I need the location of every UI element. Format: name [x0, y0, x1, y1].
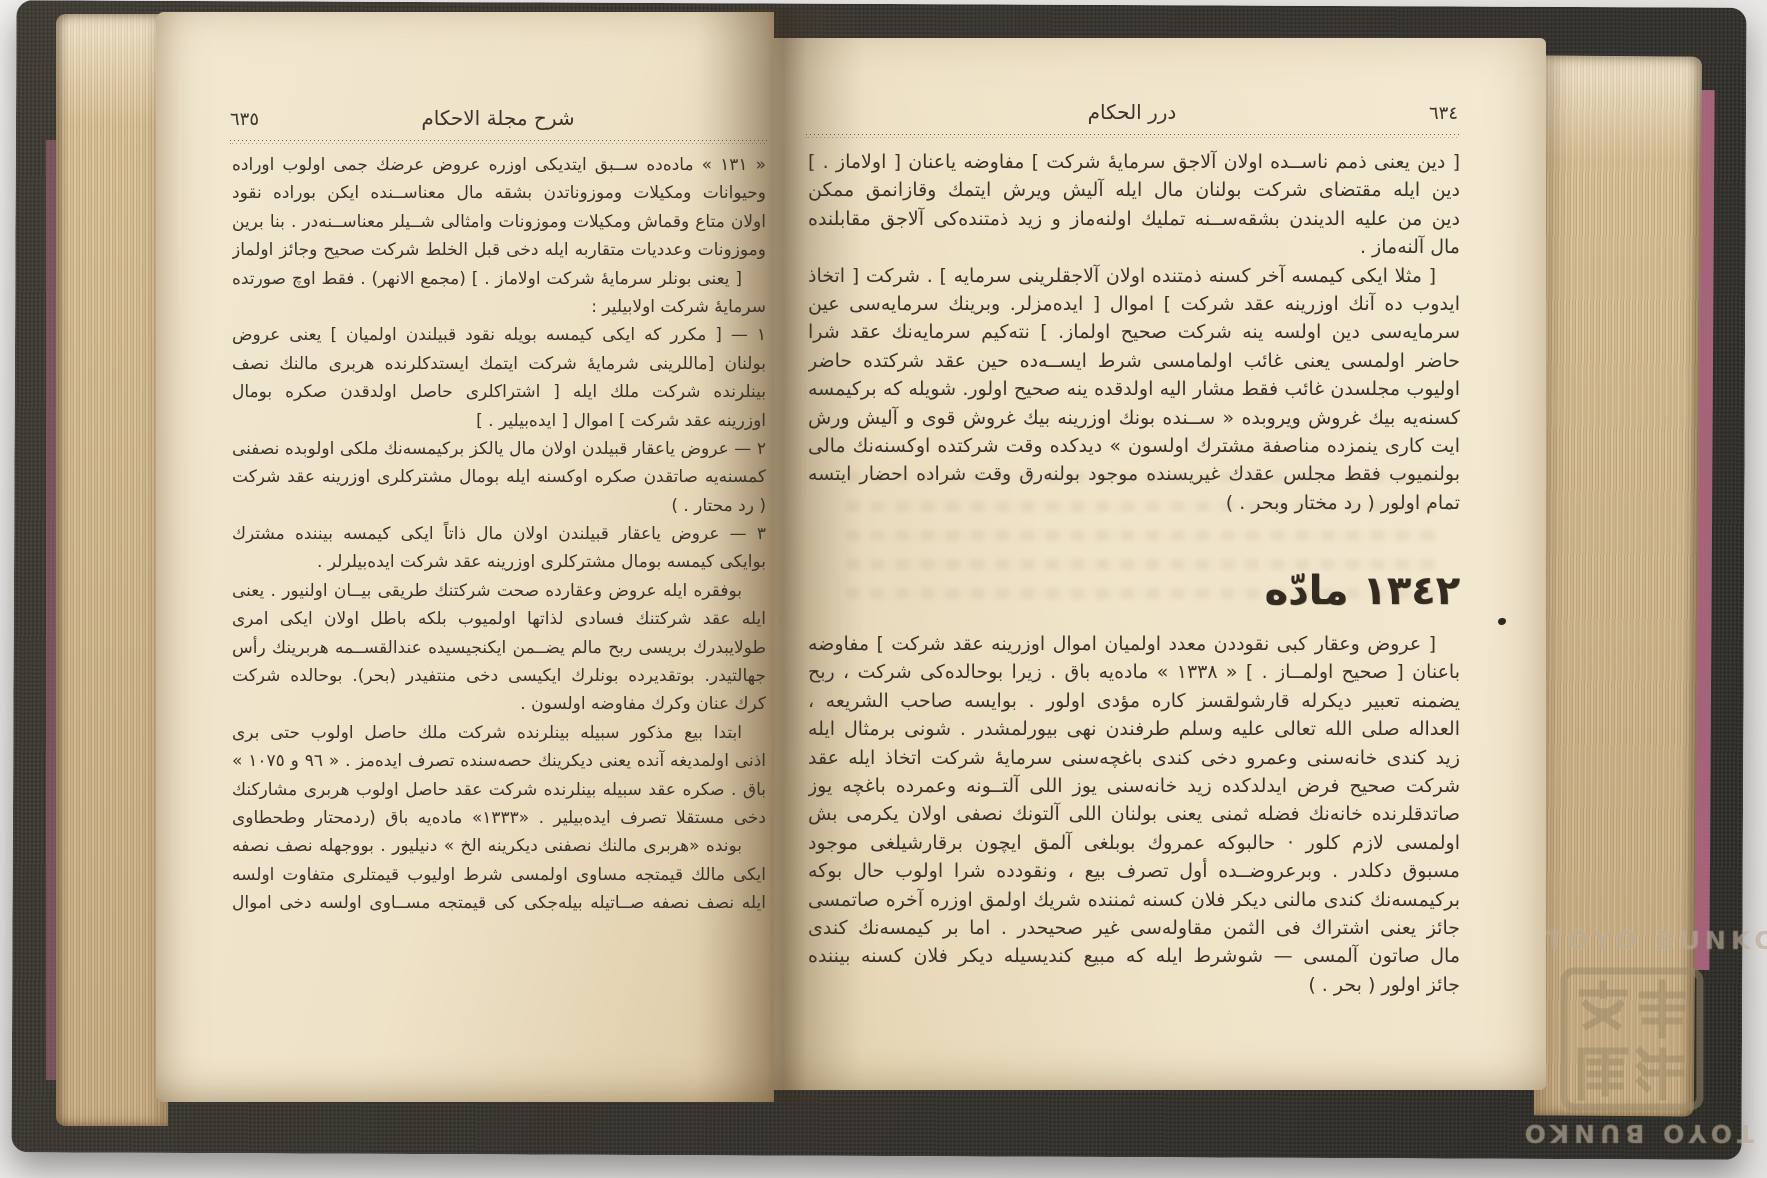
text-line: صاتدقلرنده خانه‌نك فضله ثمنى يعنى بولنان… — [808, 800, 1460, 828]
text-line: يضمنه تعبير ديكرله قارشولقسز كاره مؤدى ا… — [808, 687, 1460, 715]
text-line: ايله عقد شركتنك فسادى لذاتها اولميوب بلك… — [232, 605, 766, 633]
text-line: ١ — [ مكرر كه ايكى كيمسه بويله نقود قبيل… — [232, 321, 766, 349]
book-photo: ٦٣٥ شرح مجلة الاحكام « ١٣١ » ماده‌ده ســ… — [0, 0, 1767, 1178]
text-line: طولايبدرك بريسى ربح مالم يضــمن ايكنجيسي… — [232, 634, 766, 662]
left-page-header: ٦٣٥ شرح مجلة الاحكام — [230, 106, 766, 130]
text-line: ايله نصف نصفه صــاتيله بيله‌جكى كى قيمتج… — [232, 889, 766, 917]
text-line: بركيمسه‌نك كندى مالنى ديكر فلان كسنه ثمن… — [808, 886, 1460, 914]
text-line: دين من عليه الديندن بشقه‌ســنه تمليك اول… — [808, 205, 1460, 233]
header-rule — [806, 134, 1460, 138]
text-line: جائز يعنى اشتراك فى الثمن مقاوله‌سى غير … — [808, 914, 1460, 942]
text-line: مال صاتون آلمسى — شوشرط ايله كه مبيع كند… — [808, 942, 1460, 970]
text-line: اوليوب مجلسدن غائب فقط مشار اليه اولدقده… — [808, 375, 1460, 403]
left-page-text: « ١٣١ » ماده‌ده ســبق ايتديكى اوزره عروض… — [232, 151, 766, 918]
text-line: بوايكى كيمسه بومال مشتركلرى اوزرينه عقد … — [232, 548, 766, 576]
text-line: [ دين يعنى ذمم ناســده اولان آلاجق سرماي… — [808, 148, 1460, 176]
text-line: كسنه‌يه بيك غروش ويروبده « ســنده بونك ا… — [808, 404, 1460, 432]
text-line: كرك عنان وكرك مفاوضه اولسون . — [232, 690, 766, 718]
text-line: ايدوب ده آنك اوزرينه عقد شركت ] اموال [ … — [808, 290, 1460, 318]
text-line: شركت صحيح فرض ايدلدكده زيد خانه‌سنى يوز … — [808, 772, 1460, 800]
library-watermark: TOYO BUNKO TOYO BUNKO — [1546, 926, 1767, 1148]
article-heading: ١٣٤٢ مادّه — [808, 552, 1464, 630]
text-line: جهالتيدر. بوتقديرده بونلرك ايكيسى دخى من… — [232, 662, 766, 690]
text-line: سرمايه‌سى دين اولسه ينه شركت صحيح اولماز… — [808, 318, 1460, 346]
page-number: ٦٣٥ — [230, 109, 320, 130]
text-line: دين ايله مقتضاى شركت بولنان مال ايله آلي… — [808, 176, 1460, 204]
text-line: باق . صكره عقد سبيله بينلرنده شركت عقد ح… — [232, 776, 766, 804]
header-rule — [230, 140, 768, 144]
page-number: ٦٣٤ — [1368, 103, 1458, 124]
text-line: اوزرينه عقد شركت ] اموال [ ايده‌بيلير . … — [232, 407, 766, 435]
text-line: « ١٣١ » ماده‌ده ســبق ايتديكى اوزره عروض… — [232, 151, 766, 179]
right-page-text-top: [ دين يعنى ذمم ناســده اولان آلاجق سرماي… — [808, 148, 1460, 517]
text-line: تمام اولور ( رد مختار وبحر . ) — [808, 489, 1460, 517]
text-line: جائز اولور ( بحر . ) — [808, 971, 1460, 999]
watermark-text-bottom: TOYO BUNKO — [1546, 1119, 1754, 1148]
text-line: باعنان [ صحيح اولمــاز . ] « ١٣٣٨ » ماده… — [808, 658, 1460, 686]
text-line: بولنميوب فقط مجلس عقدك غيريسنده موجود بو… — [808, 460, 1460, 488]
text-line: دخى مستقلا تصرف ايده‌بيلير . «١٣٣٣» ماده… — [232, 804, 766, 832]
page-edges-left — [56, 14, 168, 1126]
text-line: [ مثلا ايكى كيمسه آخر كسنه ذمتنده اولان … — [808, 262, 1460, 290]
text-line: مال آلنه‌ماز . — [808, 233, 1460, 261]
text-line: [ عروض وعقار كبى نقوددن معدد اولميان امو… — [808, 630, 1460, 658]
text-line: حاضر اولمسى يعنى غائب اولمامسى شرط ايســ… — [808, 347, 1460, 375]
text-line: اذنى اولمديغه آنده يعنى ديكرينك حصه‌سنده… — [232, 747, 766, 775]
text-line: كمسنه‌يه صاتقدن صكره اوكسنه ايله بومال م… — [232, 463, 766, 491]
running-title: درر الحكام — [896, 100, 1368, 124]
text-line: ( رد محتار . ) — [232, 492, 766, 520]
text-line: بونده «هربرى مالنك نصفنى ديكرينه الخ » د… — [232, 832, 766, 860]
text-line: ابتدا بيع مذكور سبيله بينلرنده شركت ملك … — [232, 719, 766, 747]
text-line: وحيوانات ومكيلات وموزوناتدن بشقه مال معن… — [232, 179, 766, 207]
text-line: مسبوق دكلدر . وبرعروضــده أول تصرف بيع ،… — [808, 857, 1460, 885]
text-line: ايكى مالك قيمتجه مساوى اولمسى شرط اوليوب… — [232, 861, 766, 889]
text-line: بولنان [ماللرينى شرمايهٔ شركت ايتمك ايست… — [232, 350, 766, 378]
text-line: [ يعنى بونلر سرمايهٔ شركت اولاماز . ] (م… — [232, 265, 766, 293]
text-line: العداله صلى الله تعالى عليه وسلم طرفندن … — [808, 715, 1460, 743]
text-line: زيد كندى خانه‌سنى وعمرو دخى كندى باغچه‌س… — [808, 744, 1460, 772]
right-page-text-bottom: [ عروض وعقار كبى نقوددن معدد اولميان امو… — [808, 630, 1460, 999]
text-line: ٣ — عروض ياعقار قبيلندن اولان مال ذاتاً … — [232, 520, 766, 548]
text-line: بينلرنده شركت ملك ايله [ اشتراكلرى حاصل … — [232, 378, 766, 406]
text-line: بوفقره ايله عروض وعقارده صحت شركتنك طريق… — [232, 577, 766, 605]
text-line: سرمايهٔ شركت اولابيلير : — [232, 293, 766, 321]
text-line: اولمسى لازم كلور · حالبوكه عمروك بوبلغى … — [808, 829, 1460, 857]
toyo-bunko-seal-icon — [1556, 963, 1708, 1115]
right-page-header: درر الحكام ٦٣٤ — [806, 100, 1458, 124]
running-title: شرح مجلة الاحكام — [320, 106, 676, 130]
text-line: ايت كارى ينمزده مناصفة مشترك اولسون » دي… — [808, 432, 1460, 460]
text-line: اولان متاع وقماش ومكيلات وموزونات وامثال… — [232, 208, 766, 236]
text-line: وموزونات وعدديات متقاربه ايله دخى قبل ال… — [232, 236, 766, 264]
text-line: ٢ — عروض ياعقار قبيلدن اولان مال يالكز ب… — [232, 435, 766, 463]
watermark-text-top: TOYO BUNKO — [1546, 926, 1767, 955]
